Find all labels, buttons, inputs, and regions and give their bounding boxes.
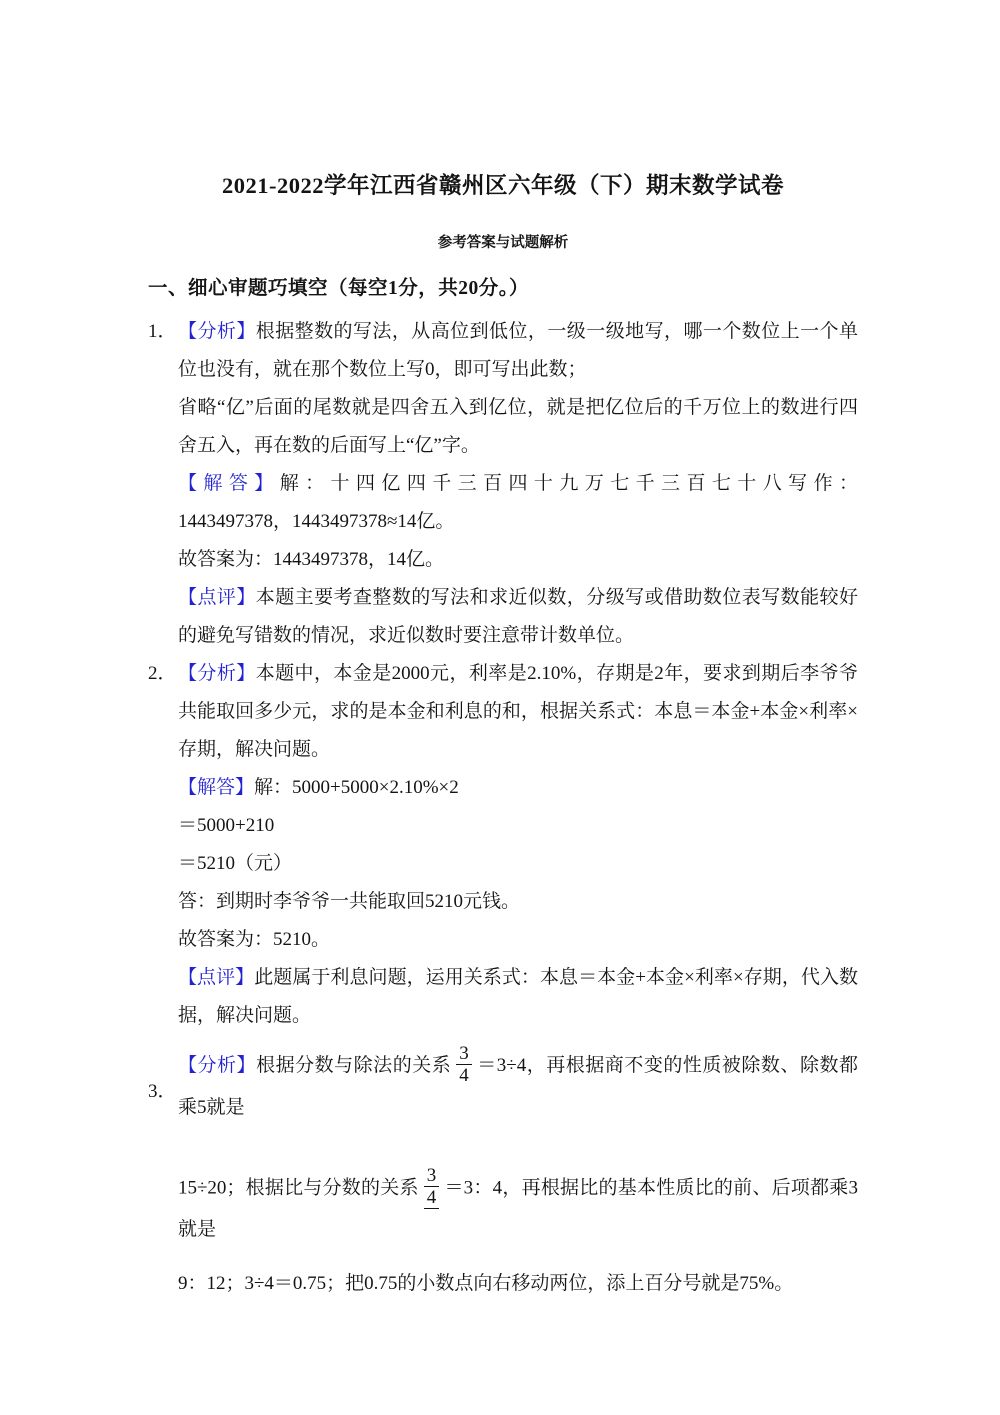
paragraph: ＝5210（元） xyxy=(178,845,858,883)
paragraph: 【分析】根据分数与除法的关系34＝3÷4，再根据商不变的性质被除数、除数都乘5就… xyxy=(178,1045,858,1127)
item-number: 3． xyxy=(148,1073,177,1111)
text-run: 根据分数与除法的关系 xyxy=(256,1055,451,1076)
exam-item: 3．【分析】根据分数与除法的关系34＝3÷4，再根据商不变的性质被除数、除数都乘… xyxy=(148,1045,858,1303)
paragraph: 【解答】解：十四亿四千三百四十九万七千三百七十八写作： xyxy=(178,465,858,503)
text-run: 根据整数的写法，从高位到低位，一级一级地写，哪一个数位上一个单位也没有，就在那个… xyxy=(178,321,858,380)
page-subtitle: 参考答案与试题解析 xyxy=(148,231,858,252)
fraction-denominator: 4 xyxy=(424,1186,440,1209)
text-run: 本题中，本金是2000元，利率是2.10%，存期是2年，要求到期后李爷爷共能取回… xyxy=(178,663,858,760)
fraction: 34 xyxy=(424,1165,440,1210)
text-run: 1443497378，1443497378≈14亿。 xyxy=(178,511,454,532)
exam-item: 1．【分析】根据整数的写法，从高位到低位，一级一级地写，哪一个数位上一个单位也没… xyxy=(148,313,858,655)
text-run: ＝5210（元） xyxy=(178,853,292,874)
answer-items: 1．【分析】根据整数的写法，从高位到低位，一级一级地写，哪一个数位上一个单位也没… xyxy=(148,313,858,1303)
exam-answer-page: 2021-2022学年江西省赣州区六年级（下）期末数学试卷 参考答案与试题解析 … xyxy=(0,0,1000,1415)
text-run: 解：十四亿四千三百四十九万七千三百七十八写作： xyxy=(280,473,858,494)
bracket-label: 【解答】 xyxy=(178,473,280,494)
paragraph: 故答案为：1443497378，14亿。 xyxy=(178,541,858,579)
paragraph: 【点评】此题属于利息问题，运用关系式：本息＝本金+本金×利率×存期，代入数据，解… xyxy=(178,959,858,1035)
exam-item: 2．【分析】本题中，本金是2000元，利率是2.10%，存期是2年，要求到期后李… xyxy=(148,655,858,1035)
paragraph: 故答案为：5210。 xyxy=(178,921,858,959)
bracket-label: 【解答】 xyxy=(178,777,254,798)
fraction: 34 xyxy=(456,1043,472,1087)
text-run: 此题属于利息问题，运用关系式：本息＝本金+本金×利率×存期，代入数据，解决问题。 xyxy=(178,967,858,1026)
section-heading: 一、细心审题巧填空（每空1分，共20分。） xyxy=(148,272,858,300)
paragraph: 【解答】解：5000+5000×2.10%×2 xyxy=(178,769,858,807)
paragraph: 1443497378，1443497378≈14亿。 xyxy=(178,503,858,541)
text-run: ＝5000+210 xyxy=(178,815,274,836)
paragraph: 【分析】本题中，本金是2000元，利率是2.10%，存期是2年，要求到期后李爷爷… xyxy=(178,655,858,769)
paragraph: 【分析】根据整数的写法，从高位到低位，一级一级地写，哪一个数位上一个单位也没有，… xyxy=(178,313,858,389)
bracket-label: 【点评】 xyxy=(178,587,256,608)
fraction-numerator: 3 xyxy=(456,1043,472,1064)
fraction-denominator: 4 xyxy=(456,1064,472,1086)
item-number: 2． xyxy=(148,655,177,693)
paragraph: 15÷20；根据比与分数的关系34＝3：4，再根据比的基本性质比的前、后项都乘3… xyxy=(178,1167,858,1250)
page-title: 2021-2022学年江西省赣州区六年级（下）期末数学试卷 xyxy=(148,168,858,200)
paragraph: 【点评】本题主要考查整数的写法和求近似数，分级写或借助数位表写数能较好的避免写错… xyxy=(178,579,858,655)
text-run: 解：5000+5000×2.10%×2 xyxy=(254,777,459,798)
bracket-label: 【点评】 xyxy=(178,967,254,988)
text-run: 故答案为：1443497378，14亿。 xyxy=(178,549,444,570)
bracket-label: 【分析】 xyxy=(178,321,256,342)
paragraph: 9：12；3÷4＝0.75；把0.75的小数点向右移动两位，添上百分号就是75%… xyxy=(178,1265,858,1303)
paragraph: 答：到期时李爷爷一共能取回5210元钱。 xyxy=(178,883,858,921)
bracket-label: 【分析】 xyxy=(178,1055,256,1076)
text-run: 9：12；3÷4＝0.75；把0.75的小数点向右移动两位，添上百分号就是75%… xyxy=(178,1273,793,1294)
text-run: 省略“亿”后面的尾数就是四舍五入到亿位，就是把亿位后的千万位上的数进行四舍五入，… xyxy=(178,397,858,456)
fraction-numerator: 3 xyxy=(424,1165,440,1186)
text-run: 答：到期时李爷爷一共能取回5210元钱。 xyxy=(178,891,520,912)
bracket-label: 【分析】 xyxy=(178,663,256,684)
item-number: 1． xyxy=(148,313,177,351)
paragraph: ＝5000+210 xyxy=(178,807,858,845)
text-run: 本题主要考查整数的写法和求近似数，分级写或借助数位表写数能较好的避免写错数的情况… xyxy=(178,587,858,646)
paragraph: 省略“亿”后面的尾数就是四舍五入到亿位，就是把亿位后的千万位上的数进行四舍五入，… xyxy=(178,389,858,465)
text-run: 故答案为：5210。 xyxy=(178,929,330,950)
text-run: 15÷20；根据比与分数的关系 xyxy=(178,1177,419,1198)
